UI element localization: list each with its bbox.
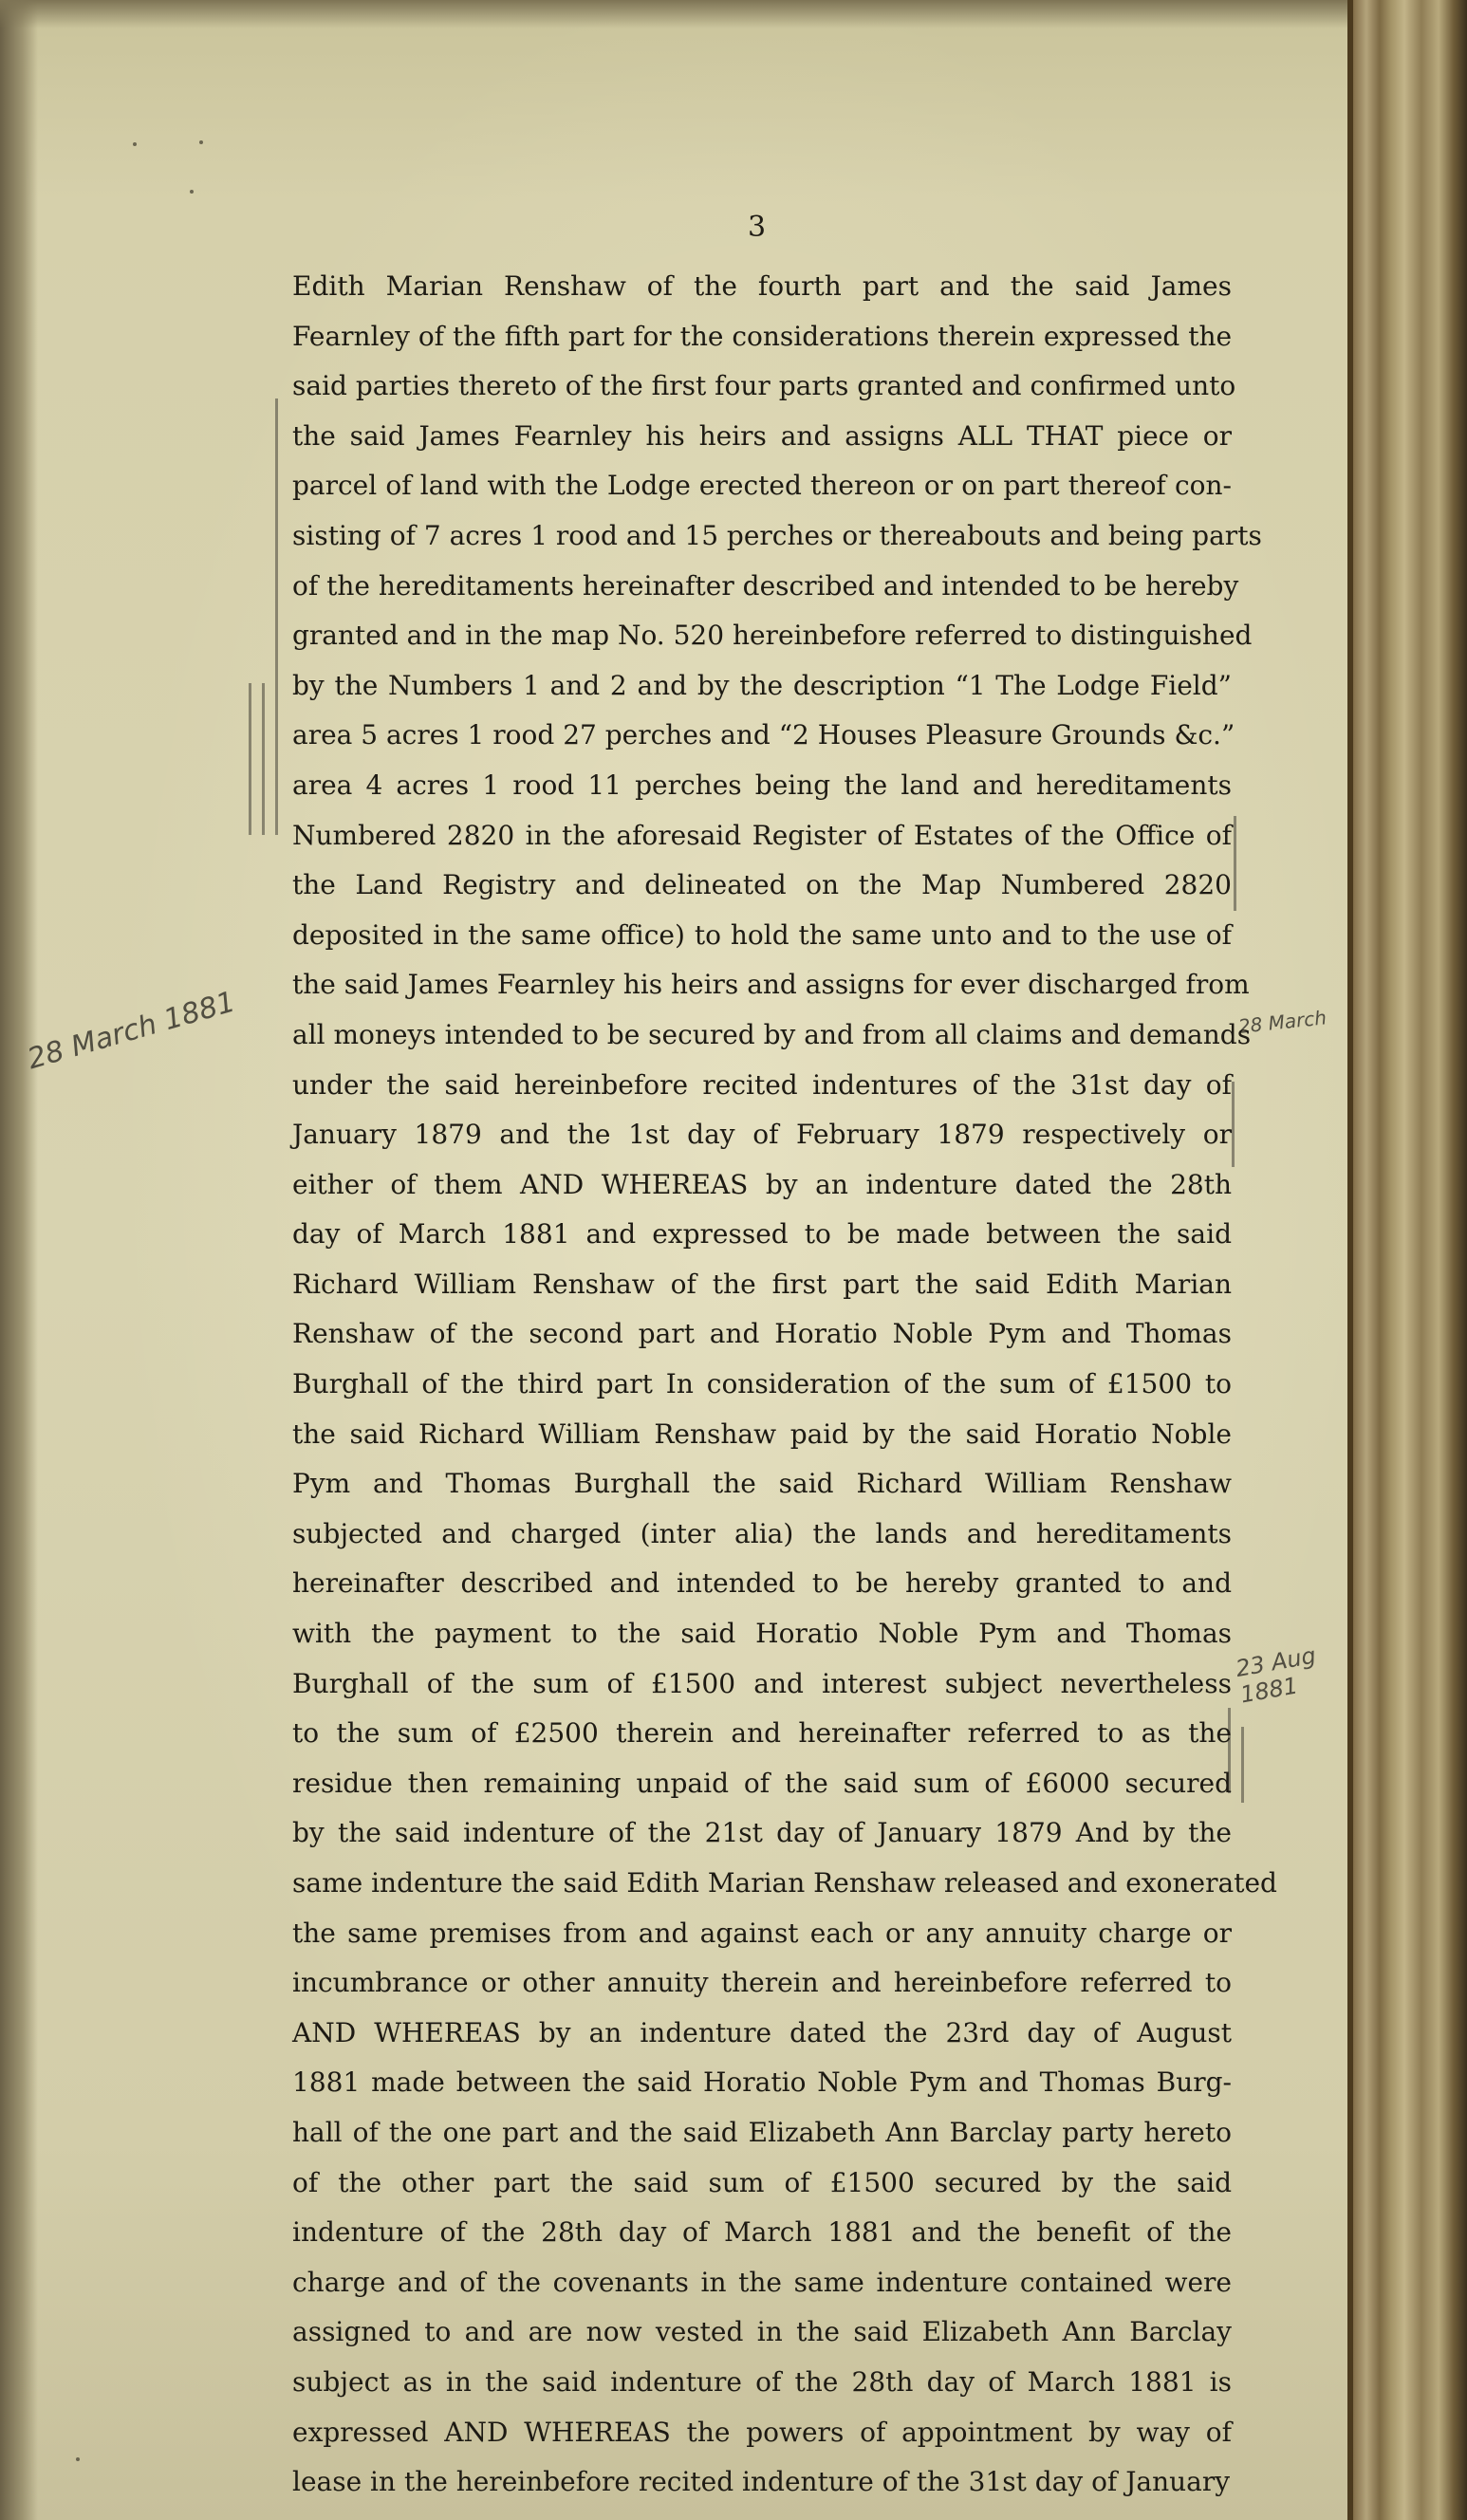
text-line: area 4 acres 1 rood 11 perches being the… xyxy=(292,761,1232,811)
text-line: Renshaw of the second part and Horatio N… xyxy=(292,1309,1232,1360)
text-line: same indenture the said Edith Marian Ren… xyxy=(292,1859,1232,1909)
gutter-shadow xyxy=(0,0,38,2520)
top-edge-shadow xyxy=(0,0,1347,28)
text-line: Burghall of the third part In considerat… xyxy=(292,1360,1232,1410)
text-line: January 1879 and the 1st day of February… xyxy=(292,1110,1232,1160)
text-line: the said James Fearnley his heirs and as… xyxy=(292,960,1232,1010)
text-line: either of them AND WHEREAS by an indentu… xyxy=(292,1160,1232,1211)
pencil-mark-left-double xyxy=(262,683,265,835)
text-line: day of March 1881 and expressed to be ma… xyxy=(292,1210,1232,1260)
pencil-mark-left-double xyxy=(249,683,251,835)
text-line: the said James Fearnley his heirs and as… xyxy=(292,412,1232,462)
document-page: 3 28 March 1881 28 March 23 Aug 1881 Edi… xyxy=(0,0,1347,2520)
book-page-edges xyxy=(1347,0,1467,2520)
ink-speck xyxy=(76,2457,80,2461)
text-line: indenture of the 28th day of March 1881 … xyxy=(292,2208,1232,2258)
pencil-bracket-right xyxy=(1234,816,1236,911)
text-line: of the other part the said sum of £1500 … xyxy=(292,2159,1232,2209)
text-line: expressed AND WHEREAS the powers of appo… xyxy=(292,2408,1232,2458)
text-line: hall of the one part and the said Elizab… xyxy=(292,2108,1232,2159)
text-line: the same premises from and against each … xyxy=(292,1909,1232,1959)
page-number: 3 xyxy=(748,211,766,244)
text-line: said parties thereto of the first four p… xyxy=(292,361,1232,412)
text-line: Edith Marian Renshaw of the fourth part … xyxy=(292,262,1232,312)
margin-note-right: 23 Aug 1881 xyxy=(1234,1637,1350,1708)
pencil-bracket-right xyxy=(1241,1727,1244,1803)
text-line: by the Numbers 1 and 2 and by the descri… xyxy=(292,661,1232,712)
text-line: parcel of land with the Lodge erected th… xyxy=(292,461,1232,511)
text-line: residue then remaining unpaid of the sai… xyxy=(292,1759,1232,1809)
text-line: all moneys intended to be secured by and… xyxy=(292,1010,1232,1061)
pencil-bracket-right xyxy=(1232,1082,1235,1167)
text-line: the Land Registry and delineated on the … xyxy=(292,861,1232,911)
text-line: incumbrance or other annuity therein and… xyxy=(292,1958,1232,2009)
text-line: area 5 acres 1 rood 27 perches and “2 Ho… xyxy=(292,711,1232,761)
ink-speck xyxy=(190,190,194,194)
text-line: 1881 made between the said Horatio Noble… xyxy=(292,2058,1232,2108)
text-line: Pym and Thomas Burghall the said Richard… xyxy=(292,1459,1232,1510)
text-line: Burghall of the sum of £1500 and interes… xyxy=(292,1659,1232,1710)
ink-speck xyxy=(133,142,137,146)
margin-note-left: 28 March 1881 xyxy=(24,985,239,1076)
ink-speck xyxy=(199,140,203,144)
text-line: deposited in the same office) to hold th… xyxy=(292,911,1232,961)
text-line: granted and in the map No. 520 hereinbef… xyxy=(292,611,1232,661)
text-line: under the said hereinbefore recited inde… xyxy=(292,1061,1232,1111)
text-line: assigned to and are now vested in the sa… xyxy=(292,2307,1232,2358)
text-line: Fearnley of the fifth part for the consi… xyxy=(292,312,1232,362)
text-line: to the sum of £2500 therein and hereinaf… xyxy=(292,1709,1232,1759)
text-line: with the payment to the said Horatio Nob… xyxy=(292,1609,1232,1659)
text-line: Numbered 2820 in the aforesaid Register … xyxy=(292,811,1232,862)
text-line: Richard William Renshaw of the first par… xyxy=(292,1260,1232,1310)
text-line: subjected and charged (inter alia) the l… xyxy=(292,1510,1232,1560)
text-line: hereinafter described and intended to be… xyxy=(292,1559,1232,1609)
margin-note-right: 28 March xyxy=(1237,1006,1328,1038)
pencil-bracket-left xyxy=(275,398,278,835)
text-line: subject as in the said indenture of the … xyxy=(292,2358,1232,2408)
text-line: the said Richard William Renshaw paid by… xyxy=(292,1410,1232,1460)
text-line: charge and of the covenants in the same … xyxy=(292,2258,1232,2308)
text-line: of the hereditaments hereinafter describ… xyxy=(292,562,1232,612)
text-line: AND WHEREAS by an indenture dated the 23… xyxy=(292,2009,1232,2059)
text-line: sisting of 7 acres 1 rood and 15 perches… xyxy=(292,511,1232,562)
text-line: lease in the hereinbefore recited indent… xyxy=(292,2457,1232,2508)
text-line: by the said indenture of the 21st day of… xyxy=(292,1808,1232,1859)
body-text: Edith Marian Renshaw of the fourth part … xyxy=(292,262,1232,2508)
